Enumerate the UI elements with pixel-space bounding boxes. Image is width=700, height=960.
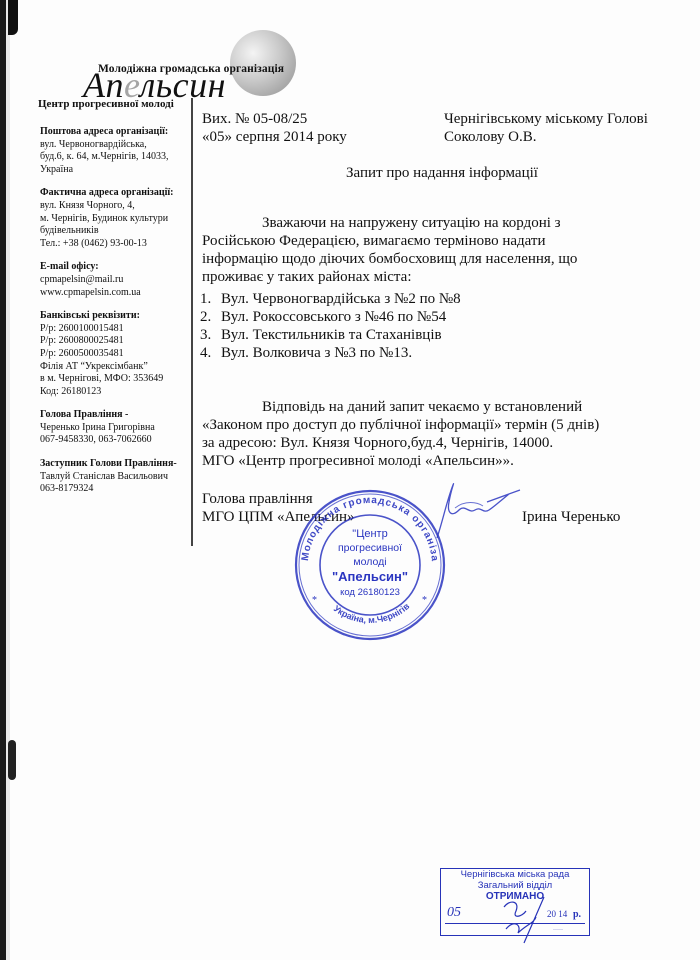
paragraph-line: «Законом про доступ до публічної інформа… [202, 416, 682, 434]
list-item: 4.Вул. Волковича з №3 по №13. [200, 344, 680, 362]
paragraph-line: інформацію щодо діючих бомбосховищ для н… [202, 250, 682, 268]
postal-address-section: Поштова адреса організації: вул. Червоно… [40, 126, 190, 176]
response-paragraph: Відповідь на даний запит чекаємо у встан… [202, 398, 682, 470]
section-title: E-mail офісу: [40, 261, 190, 274]
email-section: E-mail офісу: cpmapelsin@mail.ru www.cpm… [40, 261, 190, 299]
website-address: www.cpmapelsin.com.ua [40, 287, 190, 300]
section-title: Поштова адреса організації: [40, 126, 190, 139]
list-number: 4. [200, 344, 221, 362]
phone-line: Тел.: +38 (0462) 93-00-13 [40, 238, 190, 251]
paragraph-line: Відповідь на даний запит чекаємо у встан… [202, 398, 682, 416]
paragraph-line: Російською Федерацією, вимагаємо терміно… [202, 232, 682, 250]
recipient: Чернігівському міському Голові Соколову … [444, 110, 694, 146]
svg-text:*: * [312, 595, 317, 606]
received-suffix: р. [573, 909, 581, 920]
paragraph-line: МГО «Центр прогресивної молоді «Апельсин… [202, 452, 682, 470]
person-name: Тавлуй Станіслав Васильович [40, 471, 190, 484]
svg-text:код 26180123: код 26180123 [340, 587, 400, 598]
ref-number: Вих. № 05-08/25 [202, 110, 432, 128]
org-code: Код: 26180123 [40, 386, 190, 399]
head-section: Голова Правління - Черенько Ірина Григор… [40, 409, 190, 447]
vertical-divider [191, 98, 193, 546]
list-item: 1.Вул. Червоногвардійська з №2 по №8 [200, 290, 680, 308]
letter-subject: Запит про надання інформації [202, 164, 682, 182]
paragraph-line: Зважаючи на напружену ситуацію на кордон… [202, 214, 682, 232]
letterhead-logo: Молодіжна громадська організація Апельси… [38, 30, 298, 110]
paragraph-line: проживає у таких районах міста: [202, 268, 682, 286]
phone-line: 067-9458330, 063-7062660 [40, 434, 190, 447]
person-name: Черенько Ірина Григорівна [40, 422, 190, 435]
section-title: Голова Правління - [40, 409, 190, 422]
address-line: буд.6, к. 64, м.Чернігів, 14033, [40, 151, 190, 164]
logo-subtitle: Центр прогресивної молоді [38, 98, 174, 110]
list-text: Вул. Рокоссовського з №46 по №54 [221, 308, 446, 326]
address-line: вул. Князя Чорного, 4, [40, 200, 190, 213]
list-text: Вул. Волковича з №3 по №13. [221, 344, 412, 362]
bank-mfo: в м. Чернігові, МФО: 353649 [40, 373, 190, 386]
ref-date: «05» серпня 2014 року [202, 128, 432, 146]
paragraph-line: за адресою: Вул. Князя Чорного,буд.4, Че… [202, 434, 682, 452]
svg-text:"Центр: "Центр [352, 528, 387, 540]
list-item: 3.Вул. Текстильників та Стаханівців [200, 326, 680, 344]
request-paragraph: Зважаючи на напружену ситуацію на кордон… [202, 214, 682, 286]
list-text: Вул. Червоногвардійська з №2 по №8 [221, 290, 461, 308]
bank-account: Р/р: 2600100015481 [40, 323, 190, 336]
svg-text:прогресивної: прогресивної [338, 542, 402, 554]
section-title: Фактична адреса організації: [40, 187, 190, 200]
list-number: 3. [200, 326, 221, 344]
underline [445, 923, 585, 924]
svg-text:"Апельсин": "Апельсин" [332, 569, 408, 584]
sidebar-contacts: Поштова адреса організації: вул. Червоно… [40, 126, 190, 507]
list-text: Вул. Текстильників та Стаханівців [221, 326, 442, 344]
deputy-section: Заступник Голови Правління- Тавлуй Стані… [40, 458, 190, 496]
bank-account: Р/р: 2600500035481 [40, 348, 190, 361]
list-number: 1. [200, 290, 221, 308]
scan-artifact [8, 0, 18, 35]
svg-text:*: * [422, 595, 427, 606]
street-list: 1.Вул. Червоногвардійська з №2 по №8 2.В… [200, 290, 680, 362]
phone-line: 063-8179324 [40, 483, 190, 496]
address-line: Україна [40, 164, 190, 177]
address-line: вул. Червоногвардійська, [40, 139, 190, 152]
svg-text:молоді: молоді [353, 556, 386, 568]
scan-artifact [8, 740, 16, 780]
received-note: ····· [553, 927, 563, 933]
scan-edge-highlight [6, 0, 10, 960]
received-stamp: Чернігівська міська рада Загальний відді… [440, 868, 590, 936]
signer-name: Ірина Черенько [522, 508, 620, 526]
received-org: Чернігівська міська рада [441, 869, 589, 880]
outgoing-reference: Вих. № 05-08/25 «05» серпня 2014 року [202, 110, 432, 146]
signature-icon [425, 480, 525, 540]
list-number: 2. [200, 308, 221, 326]
section-title: Заступник Голови Правління- [40, 458, 190, 471]
recipient-title: Чернігівському міському Голові [444, 110, 694, 128]
address-line: будівельників [40, 225, 190, 238]
section-title: Банківські реквізити: [40, 310, 190, 323]
bank-branch: Філія АТ “Укрексімбанк” [40, 361, 190, 374]
email-address: cpmapelsin@mail.ru [40, 274, 190, 287]
received-department: Загальний відділ [441, 880, 589, 891]
address-line: м. Чернігів, Будинок культури [40, 213, 190, 226]
recipient-name: Соколову О.В. [444, 128, 694, 146]
list-item: 2.Вул. Рокоссовського з №46 по №54 [200, 308, 680, 326]
bank-details-section: Банківські реквізити: Р/р: 2600100015481… [40, 310, 190, 398]
received-day: 05 [447, 905, 461, 921]
bank-account: Р/р: 2600800025481 [40, 335, 190, 348]
handwritten-mark-icon [496, 895, 556, 945]
actual-address-section: Фактична адреса організації: вул. Князя … [40, 187, 190, 250]
